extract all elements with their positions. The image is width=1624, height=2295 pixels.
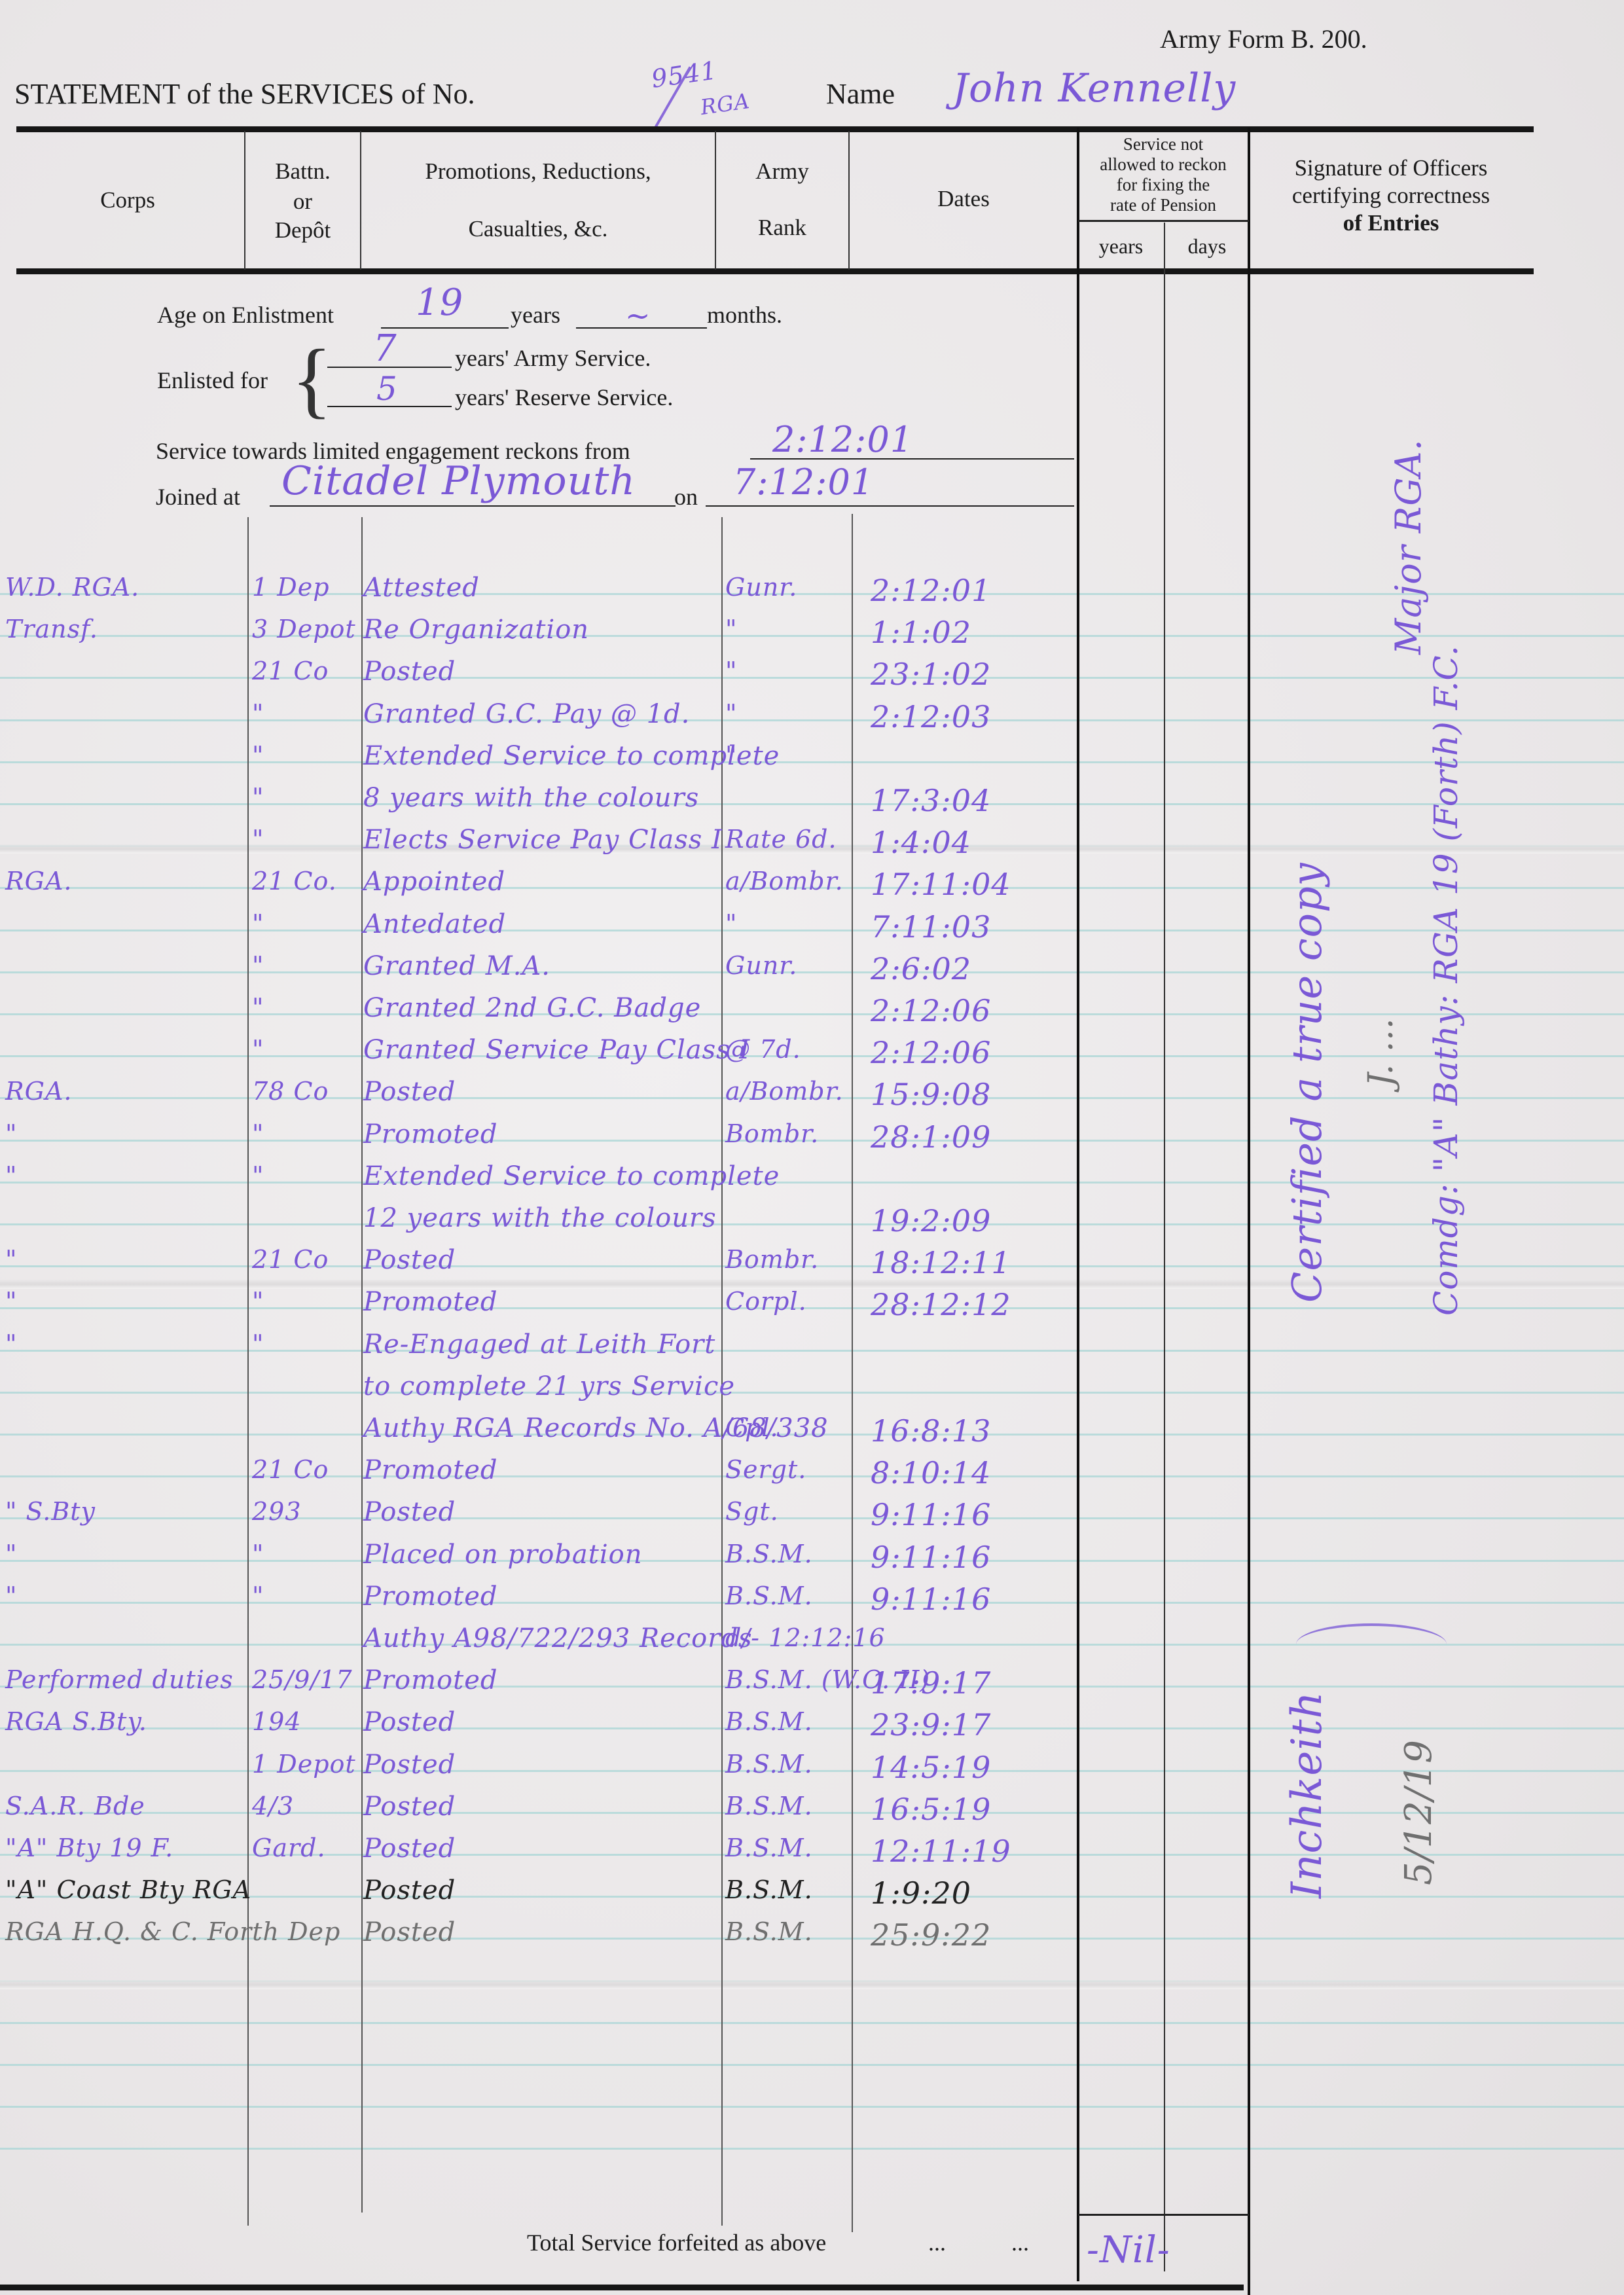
col-rank-2: Rank bbox=[716, 213, 848, 242]
ruled-line bbox=[0, 1182, 1624, 1184]
entry-event: Extended Service to complete bbox=[363, 741, 780, 771]
ruled-line bbox=[0, 593, 1624, 595]
entry-rank: " bbox=[725, 615, 737, 643]
entry-date: 2:12:06 bbox=[871, 1035, 991, 1070]
entry-rank: Sergt. bbox=[725, 1455, 806, 1484]
ruled-line bbox=[0, 761, 1624, 763]
entry-corps: RGA. bbox=[5, 1077, 73, 1106]
divider bbox=[715, 131, 716, 270]
total-forfeited-label: Total Service forfeited as above bbox=[527, 2229, 826, 2256]
entry-date: 28:1:09 bbox=[871, 1119, 991, 1155]
entry-event: Attested bbox=[363, 573, 480, 603]
entry-battn: 21 Co bbox=[252, 1455, 329, 1484]
entry-rank: B.S.M. bbox=[725, 1581, 813, 1610]
ruled-line bbox=[0, 677, 1624, 679]
service-l2: allowed to reckon bbox=[1078, 154, 1248, 175]
entry-corps: RGA. bbox=[5, 867, 73, 895]
entry-rank: Gunr. bbox=[725, 951, 797, 980]
entry-date: 1:1:02 bbox=[871, 615, 971, 650]
entry-battn: " bbox=[252, 1581, 264, 1610]
reserve-service-years: 5 bbox=[376, 370, 398, 408]
divider bbox=[852, 514, 853, 2232]
entry-event: Posted bbox=[363, 1707, 456, 1737]
entry-rank: Rate 6d. bbox=[725, 825, 837, 854]
service-column-left-border bbox=[1077, 128, 1079, 2281]
age-years-line bbox=[381, 327, 509, 329]
entry-event: Re Organization bbox=[363, 615, 589, 645]
ruled-line bbox=[0, 635, 1624, 637]
entry-battn: 293 bbox=[252, 1497, 302, 1526]
entry-corps: "A" Bty 19 F. bbox=[5, 1834, 173, 1862]
entry-battn: 21 Co bbox=[252, 1245, 329, 1274]
entry-event: Elects Service Pay Class I bbox=[363, 825, 723, 855]
entry-event: Posted bbox=[363, 1917, 456, 1947]
ruled-line bbox=[0, 1223, 1624, 1225]
entry-date: 2:12:03 bbox=[871, 699, 991, 734]
certified-true-copy: Certified a true copy bbox=[1283, 862, 1331, 1303]
signature-l3: of Entries bbox=[1250, 209, 1532, 237]
signature-l1: Signature of Officers bbox=[1250, 154, 1532, 182]
entry-battn: " bbox=[252, 1161, 264, 1190]
entry-corps: "A" Coast Bty RGA bbox=[5, 1875, 251, 1904]
entry-battn: " bbox=[252, 993, 264, 1022]
entry-rank: Bombr. bbox=[725, 1245, 819, 1274]
entry-event: Granted Service Pay Class I bbox=[363, 1035, 750, 1065]
entry-rank: Gunr. bbox=[725, 573, 797, 602]
entry-rank: @ 7d. bbox=[725, 1035, 801, 1064]
joined-label: Joined at bbox=[156, 483, 240, 511]
signature-l2: certifying correctness bbox=[1250, 182, 1532, 209]
entry-rank: B.S.M. bbox=[725, 1750, 813, 1779]
on-label: on bbox=[674, 483, 698, 511]
entry-rank: B.S.M. bbox=[725, 1792, 813, 1820]
age-months: ~ bbox=[625, 298, 651, 333]
entry-battn: " bbox=[252, 1035, 264, 1064]
entry-date: 15:9:08 bbox=[871, 1077, 991, 1112]
ruled-line bbox=[0, 1517, 1624, 1519]
entry-rank: a/Bombr. bbox=[725, 867, 844, 895]
entry-rank: B.S.M. bbox=[725, 1875, 813, 1904]
entry-event: to complete 21 yrs Service bbox=[363, 1371, 735, 1401]
entry-rank: B.S.M. bbox=[725, 1540, 813, 1568]
entry-rank: B.S.M. bbox=[725, 1917, 813, 1946]
certifier-signature: J. ... bbox=[1362, 1018, 1401, 1087]
entry-event: Placed on probation bbox=[363, 1540, 642, 1570]
entry-date: 8:10:14 bbox=[871, 1455, 991, 1491]
army-service-label: years' Army Service. bbox=[455, 344, 651, 372]
entry-date: 9:11:16 bbox=[871, 1540, 991, 1575]
total-forfeited-value: -Nil- bbox=[1087, 2229, 1170, 2271]
col-signature: Signature of Officers certifying correct… bbox=[1250, 154, 1532, 237]
entry-date: 18:12:11 bbox=[871, 1245, 1011, 1280]
enlisted-for-label: Enlisted for bbox=[157, 367, 268, 394]
entry-rank: B.S.M. bbox=[725, 1834, 813, 1862]
entry-event: Posted bbox=[363, 1497, 456, 1527]
entry-event: Authy A98/722/293 Records bbox=[363, 1623, 752, 1653]
entry-battn: 21 Co bbox=[252, 657, 329, 685]
entry-event: Promoted bbox=[363, 1287, 497, 1317]
ruled-line bbox=[0, 719, 1624, 721]
entry-corps: " bbox=[5, 1161, 17, 1190]
entry-date: 25:9:22 bbox=[871, 1917, 991, 1953]
col-battn-1: Battn. bbox=[245, 157, 360, 186]
ruled-line bbox=[0, 1475, 1624, 1477]
reserve-service-label: years' Reserve Service. bbox=[455, 384, 673, 411]
entry-rank: d/- 12:12:16 bbox=[725, 1623, 886, 1652]
entry-battn: " bbox=[252, 783, 264, 812]
entry-battn: " bbox=[252, 1540, 264, 1568]
entry-battn: " bbox=[252, 825, 264, 854]
ruled-line bbox=[0, 1350, 1624, 1352]
entry-event: Promoted bbox=[363, 1665, 497, 1695]
divider bbox=[247, 517, 249, 2226]
entry-date: 17:9:17 bbox=[871, 1665, 991, 1701]
entry-rank: " bbox=[725, 699, 737, 728]
entry-battn: 1 Dep bbox=[252, 573, 330, 602]
entry-date: 7:11:03 bbox=[871, 909, 991, 945]
statement-title: STATEMENT of the SERVICES of No. bbox=[14, 77, 475, 111]
entry-corps: Transf. bbox=[5, 615, 98, 643]
lower-date: 5/12/19 bbox=[1398, 1739, 1440, 1885]
entry-rank: Sgt. bbox=[725, 1497, 779, 1526]
entry-battn: 21 Co. bbox=[252, 867, 337, 895]
entry-battn: " bbox=[252, 741, 264, 770]
dots: ... bbox=[928, 2229, 946, 2256]
entry-date: 2:6:02 bbox=[871, 951, 971, 986]
service-l3: for fixing the bbox=[1078, 175, 1248, 195]
entry-battn: Gard. bbox=[252, 1834, 326, 1862]
service-l1: Service not bbox=[1078, 134, 1248, 154]
entry-corps: RGA H.Q. & C. Forth Dep bbox=[5, 1917, 340, 1946]
entry-battn: 3 Depot bbox=[252, 615, 356, 643]
joined-on-line bbox=[706, 505, 1074, 507]
entry-event: Extended Service to complete bbox=[363, 1161, 780, 1191]
entry-corps: " bbox=[5, 1119, 17, 1148]
ruled-line bbox=[0, 930, 1624, 931]
entry-date: 1:9:20 bbox=[871, 1875, 971, 1911]
entry-corps: S.A.R. Bde bbox=[5, 1792, 145, 1820]
entry-date: 17:3:04 bbox=[871, 783, 991, 818]
entry-battn: 1 Depot bbox=[252, 1750, 356, 1779]
years-days-rule bbox=[1078, 220, 1249, 222]
entry-corps: Performed duties bbox=[5, 1665, 234, 1694]
col-rank-1: Army bbox=[716, 157, 848, 186]
entry-date: 23:1:02 bbox=[871, 657, 991, 692]
entry-rank: Bombr. bbox=[725, 1119, 819, 1148]
commanding-line: Comdg: "A" Bathy: RGA 19 (Forth) F.C. bbox=[1427, 645, 1465, 1316]
footer-bottom-rule bbox=[0, 2285, 1244, 2290]
divider bbox=[360, 131, 361, 270]
entry-rank: Cpl. bbox=[725, 1413, 779, 1442]
entry-rank: " bbox=[725, 741, 737, 770]
name-value: John Kennelly bbox=[952, 65, 1236, 111]
entry-event: Posted bbox=[363, 657, 456, 687]
entry-rank: a/Bombr. bbox=[725, 1077, 844, 1106]
lower-signature: Inchkeith bbox=[1283, 1691, 1331, 1898]
entry-date: 16:8:13 bbox=[871, 1413, 991, 1449]
ruled-line bbox=[0, 2022, 1624, 2024]
entry-event: Re-Engaged at Leith Fort bbox=[363, 1329, 715, 1360]
entry-date: 16:5:19 bbox=[871, 1792, 991, 1827]
dots: ... bbox=[1011, 2229, 1029, 2256]
total-rule bbox=[1078, 2214, 1249, 2216]
entry-date: 9:11:16 bbox=[871, 1581, 991, 1617]
entry-event: Posted bbox=[363, 1750, 456, 1780]
entry-rank: " bbox=[725, 909, 737, 938]
ruled-line bbox=[0, 803, 1624, 805]
col-days: days bbox=[1165, 232, 1249, 261]
paper-fold bbox=[0, 1280, 1624, 1289]
entry-date: 14:5:19 bbox=[871, 1750, 991, 1785]
service-l4: rate of Pension bbox=[1078, 195, 1248, 215]
entry-corps: W.D. RGA. bbox=[5, 573, 139, 602]
entry-date: 9:11:16 bbox=[871, 1497, 991, 1532]
joined-at: Citadel Plymouth bbox=[281, 458, 636, 504]
entry-battn: 78 Co bbox=[252, 1077, 329, 1106]
col-promotions-1: Promotions, Reductions, bbox=[361, 157, 715, 186]
ruled-line bbox=[0, 1392, 1624, 1394]
signature-flourish bbox=[1296, 1623, 1447, 1665]
entry-corps: " bbox=[5, 1245, 17, 1274]
entry-battn: " bbox=[252, 1119, 264, 1148]
entry-event: Posted bbox=[363, 1077, 456, 1107]
entry-rank: " bbox=[725, 657, 737, 685]
entry-event: 8 years with the colours bbox=[363, 783, 699, 813]
entry-date: 12:11:19 bbox=[871, 1834, 1011, 1869]
entry-battn: 4/3 bbox=[252, 1792, 294, 1820]
ruled-line bbox=[0, 1307, 1624, 1309]
col-service-not-allowed: Service not allowed to reckon for fixing… bbox=[1078, 134, 1248, 215]
brace: { bbox=[291, 337, 332, 422]
entry-event: Promoted bbox=[363, 1581, 497, 1612]
divider bbox=[361, 517, 363, 2213]
entry-corps: " bbox=[5, 1581, 17, 1610]
entry-battn: " bbox=[252, 909, 264, 938]
entry-corps: " bbox=[5, 1540, 17, 1568]
entry-event: Posted bbox=[363, 1875, 456, 1906]
col-years: years bbox=[1078, 232, 1164, 261]
entry-rank: B.S.M. bbox=[725, 1707, 813, 1736]
name-label: Name bbox=[826, 77, 895, 111]
age-years: 19 bbox=[416, 281, 463, 324]
col-battn-2: or bbox=[245, 187, 360, 216]
entry-event: Granted M.A. bbox=[363, 951, 550, 981]
entry-event: Posted bbox=[363, 1792, 456, 1822]
entry-battn: 194 bbox=[252, 1707, 302, 1736]
entry-battn: " bbox=[252, 951, 264, 980]
ruled-line bbox=[0, 2148, 1624, 2150]
certifier-title: Major RGA. bbox=[1388, 439, 1429, 655]
army-service-years: 7 bbox=[373, 327, 397, 370]
entry-event: Promoted bbox=[363, 1119, 497, 1149]
entry-battn: " bbox=[252, 699, 264, 728]
entry-date: 19:2:09 bbox=[871, 1203, 991, 1238]
entry-event: Posted bbox=[363, 1834, 456, 1864]
entry-date: 1:4:04 bbox=[871, 825, 971, 860]
entry-event: Promoted bbox=[363, 1455, 497, 1485]
service-column-right-border bbox=[1248, 128, 1250, 2295]
entry-date: 23:9:17 bbox=[871, 1707, 991, 1743]
entry-battn: " bbox=[252, 1287, 264, 1316]
entry-rank: Corpl. bbox=[725, 1287, 807, 1316]
age-label: Age on Enlistment bbox=[157, 301, 334, 329]
years-label: years bbox=[511, 301, 560, 329]
entry-date: 28:12:12 bbox=[871, 1287, 1011, 1322]
joined-on: 7:12:01 bbox=[733, 461, 874, 503]
entry-event: 12 years with the colours bbox=[363, 1203, 717, 1233]
months-label: months. bbox=[707, 301, 782, 329]
entry-event: Granted G.C. Pay @ 1d. bbox=[363, 699, 690, 729]
col-corps: Corps bbox=[39, 186, 216, 215]
ruled-line bbox=[0, 2106, 1624, 2108]
col-promotions-2: Casualties, &c. bbox=[361, 215, 715, 244]
reckons-from: 2:12:01 bbox=[772, 419, 913, 460]
ruled-line bbox=[0, 2064, 1624, 2066]
entry-battn: " bbox=[252, 1329, 264, 1358]
entry-date: 2:12:06 bbox=[871, 993, 991, 1028]
joined-at-line bbox=[270, 505, 676, 507]
entry-event: Appointed bbox=[363, 867, 505, 897]
entry-date: 2:12:01 bbox=[871, 573, 991, 608]
entry-corps: " bbox=[5, 1287, 17, 1316]
entry-corps: " bbox=[5, 1329, 17, 1358]
ruled-line bbox=[0, 1013, 1624, 1015]
entry-corps: " S.Bty bbox=[5, 1497, 96, 1526]
form-number: Army Form B. 200. bbox=[1160, 24, 1367, 54]
entry-corps: RGA S.Bty. bbox=[5, 1707, 147, 1736]
paper-fold bbox=[0, 1980, 1624, 1989]
col-dates: Dates bbox=[850, 185, 1077, 213]
entry-battn: 25/9/17 bbox=[252, 1665, 353, 1694]
col-battn-3: Depôt bbox=[245, 216, 360, 245]
entry-event: Posted bbox=[363, 1245, 456, 1275]
ruled-line bbox=[0, 971, 1624, 973]
entry-date: 17:11:04 bbox=[871, 867, 1011, 902]
entry-event: Antedated bbox=[363, 909, 506, 939]
years-days-divider bbox=[1164, 223, 1165, 2271]
entry-event: Granted 2nd G.C. Badge bbox=[363, 993, 701, 1023]
